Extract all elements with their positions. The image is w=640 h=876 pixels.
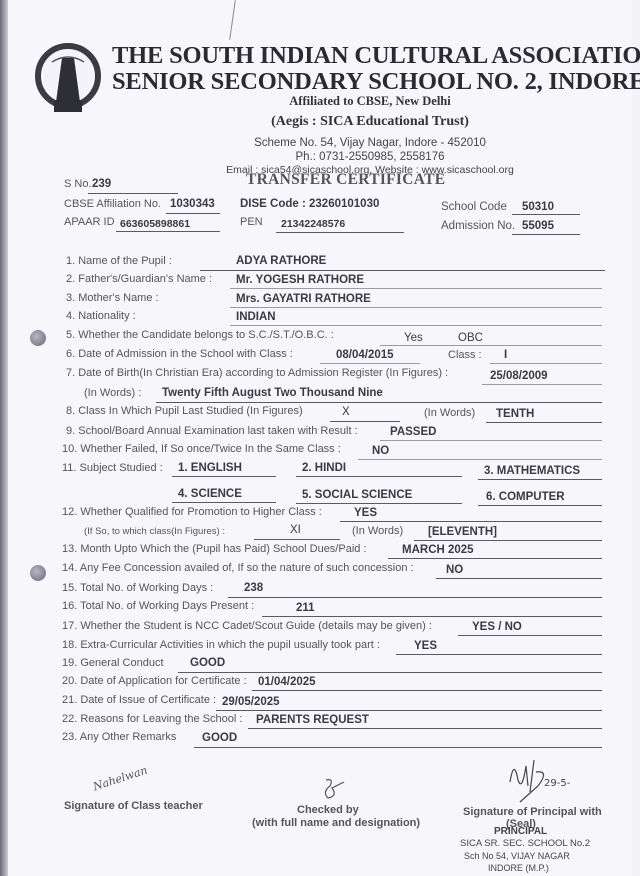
- seal-line-4: INDORE (M.P.): [488, 863, 549, 873]
- field-5-label: 5. Whether the Candidate belongs to S.C.…: [66, 329, 334, 341]
- underline: [194, 747, 602, 748]
- dues-paid: MARCH 2025: [402, 544, 474, 556]
- general-conduct: GOOD: [190, 657, 225, 669]
- seal-line-2: SICA SR. SEC. SCHOOL No.2: [460, 838, 590, 849]
- admission-class-label: Class :: [448, 349, 482, 361]
- svg-text:29-5-25: 29-5-25: [544, 778, 570, 789]
- field-9-label: 9. School/Board Annual Examination last …: [66, 425, 358, 437]
- school-code-label: School Code: [441, 201, 507, 213]
- last-class-words-label: (In Words): [424, 407, 475, 419]
- seal-line-3: Sch No 54, VIJAY NAGAR: [464, 851, 570, 861]
- mother-name: Mrs. GAYATRI RATHORE: [236, 293, 371, 305]
- underline: [330, 421, 400, 422]
- category-yes: Yes: [404, 332, 423, 344]
- underline: [296, 503, 462, 504]
- field-1-label: 1. Name of the Pupil :: [66, 255, 172, 267]
- promotion-class-label: (If So, to which class(In Figures) :: [84, 526, 225, 537]
- field-22-label: 22. Reasons for Leaving the School :: [62, 713, 242, 725]
- dob-words-label: (In Words) :: [84, 387, 141, 399]
- underline: [248, 728, 602, 729]
- field-19-label: 19. General Conduct: [62, 657, 164, 669]
- address: Scheme No. 54, Vijay Nagar, Indore - 452…: [0, 137, 640, 149]
- punch-hole: [30, 330, 46, 346]
- underline: [512, 234, 580, 235]
- underline: [230, 325, 602, 326]
- underline: [482, 384, 602, 385]
- certificate-paper: [8, 0, 632, 876]
- underline: [296, 476, 462, 477]
- field-11-label: 11. Subject Studied :: [62, 462, 163, 474]
- field-20-label: 20. Date of Application for Certificate …: [62, 675, 247, 687]
- underline: [116, 231, 220, 232]
- underline: [490, 363, 602, 364]
- subject-4: 4. SCIENCE: [178, 488, 242, 500]
- underline: [358, 459, 602, 460]
- category-value: OBC: [458, 332, 483, 344]
- page-edge-shadow: [0, 0, 8, 876]
- underline: [166, 213, 220, 214]
- school-code-value: 50310: [522, 201, 554, 213]
- field-16-label: 16. Total No. of Working Days Present :: [62, 600, 254, 612]
- underline: [200, 270, 605, 271]
- field-18-label: 18. Extra-Curricular Activities in which…: [62, 639, 380, 651]
- school-name-line2: SENIOR SECONDARY SCHOOL NO. 2, INDORE: [112, 68, 622, 96]
- underline: [478, 505, 602, 506]
- field-10-label: 10. Whether Failed, If So once/Twice In …: [62, 443, 341, 455]
- principal-signature-icon: 29-5-25: [500, 752, 570, 810]
- checked-by-label: Checked by: [297, 804, 359, 816]
- subject-6: 6. COMPUTER: [486, 491, 565, 503]
- failed-value: NO: [372, 445, 389, 457]
- underline: [276, 232, 404, 233]
- underline: [458, 635, 602, 636]
- last-class-figures: X: [342, 406, 350, 418]
- dise-code: DISE Code : 23260101030: [240, 198, 379, 210]
- underline: [230, 307, 602, 308]
- dob-words: Twenty Fifth August Two Thousand Nine: [162, 387, 383, 399]
- ncc-value: YES / NO: [472, 621, 522, 633]
- subject-2: 2. HINDI: [302, 462, 346, 474]
- underline: [478, 479, 602, 480]
- subject-1: 1. ENGLISH: [178, 462, 242, 474]
- underline: [216, 710, 602, 711]
- cbse-label: CBSE Affiliation No.: [64, 198, 161, 210]
- checker-signature-icon: [318, 776, 348, 804]
- apaar-value: 663605898861: [120, 218, 190, 230]
- underline: [172, 502, 276, 503]
- underline: [156, 402, 602, 403]
- underline: [388, 558, 602, 559]
- extra-curricular: YES: [414, 640, 437, 652]
- affiliation: Affiliated to CBSE, New Delhi: [0, 94, 640, 109]
- exam-result: PASSED: [390, 426, 436, 438]
- underline: [262, 616, 602, 617]
- punch-hole: [30, 565, 46, 581]
- checked-by-sub: (with full name and designation): [252, 817, 420, 829]
- sno-label: S No.: [64, 178, 92, 190]
- field-13-label: 13. Month Upto Which the (Pupil has Paid…: [62, 543, 367, 555]
- aegis: (Aegis : SICA Educational Trust): [0, 114, 640, 130]
- field-15-label: 15. Total No. of Working Days :: [62, 582, 213, 594]
- underline: [230, 288, 602, 289]
- field-8-label: 8. Class In Which Pupil Last Studied (In…: [66, 405, 303, 417]
- father-name: Mr. YOGESH RATHORE: [236, 274, 364, 286]
- field-17-label: 17. Whether the Student is NCC Cadet/Sco…: [62, 620, 432, 632]
- principal-label: Signature of Principal with: [463, 806, 602, 818]
- subject-5: 5. SOCIAL SCIENCE: [302, 489, 412, 501]
- field-6-label: 6. Date of Admission in the School with …: [66, 348, 293, 360]
- underline: [254, 539, 340, 540]
- days-present: 211: [296, 602, 315, 614]
- class-teacher-label: Signature of Class teacher: [64, 800, 203, 812]
- working-days: 238: [244, 582, 263, 594]
- field-3-label: 3. Mother's Name :: [66, 292, 159, 304]
- field-21-label: 21. Date of Issue of Certificate :: [62, 694, 216, 706]
- promotion-class-figures: XI: [290, 524, 301, 536]
- underline: [436, 578, 602, 579]
- issue-date: 29/05/2025: [222, 696, 280, 708]
- pen-value: 21342248576: [281, 218, 345, 230]
- field-2-label: 2. Father's/Guardian's Name :: [66, 273, 212, 285]
- pupil-name: ADYA RATHORE: [236, 255, 326, 267]
- apaar-label: APAAR ID: [64, 216, 115, 228]
- leaving-reason: PARENTS REQUEST: [256, 714, 369, 726]
- promotion-words-label: (In Words): [352, 525, 403, 537]
- underline: [340, 521, 602, 522]
- underline: [396, 654, 602, 655]
- underline: [178, 672, 602, 673]
- last-class-words: TENTH: [496, 408, 534, 420]
- admission-class: I: [504, 349, 507, 361]
- school-name-line1: THE SOUTH INDIAN CULTURAL ASSOCIATION: [112, 42, 622, 70]
- certificate-title: TRANSFER CERTIFICATE: [246, 171, 445, 189]
- underline: [380, 440, 602, 441]
- underline: [88, 193, 178, 194]
- underline: [228, 597, 602, 598]
- pen-label: PEN: [240, 216, 263, 228]
- admission-label: Admission No.: [441, 220, 515, 232]
- underline: [486, 422, 602, 423]
- nationality: INDIAN: [236, 311, 276, 323]
- field-12-label: 12. Whether Qualified for Promotion to H…: [62, 506, 322, 518]
- promotion-value: YES: [354, 507, 377, 519]
- concession-value: NO: [446, 564, 463, 576]
- field-7-label: 7. Date of Birth(In Christian Era) accor…: [66, 367, 448, 379]
- admission-date: 08/04/2015: [336, 349, 394, 361]
- subject-3: 3. MATHEMATICS: [484, 465, 580, 477]
- dob-figures: 25/08/2009: [490, 370, 548, 382]
- other-remarks: GOOD: [202, 732, 237, 744]
- underline: [380, 345, 602, 346]
- seal-line-1: PRINCIPAL: [494, 826, 547, 837]
- field-23-label: 23. Any Other Remarks: [62, 731, 176, 743]
- cbse-value: 1030343: [170, 198, 215, 210]
- underline: [512, 214, 580, 215]
- underline: [320, 363, 420, 364]
- field-4-label: 4. Nationality :: [66, 310, 136, 322]
- underline: [172, 476, 276, 477]
- phone: Ph.: 0731-2550985, 2558176: [0, 151, 640, 163]
- underline: [414, 540, 602, 541]
- promotion-class-words: [ELEVENTH]: [428, 526, 497, 538]
- sno-value: 239: [92, 178, 111, 190]
- application-date: 01/04/2025: [258, 676, 316, 688]
- underline: [252, 690, 602, 691]
- field-14-label: 14. Any Fee Concession availed of, If so…: [62, 562, 414, 574]
- admission-value: 55095: [522, 220, 554, 232]
